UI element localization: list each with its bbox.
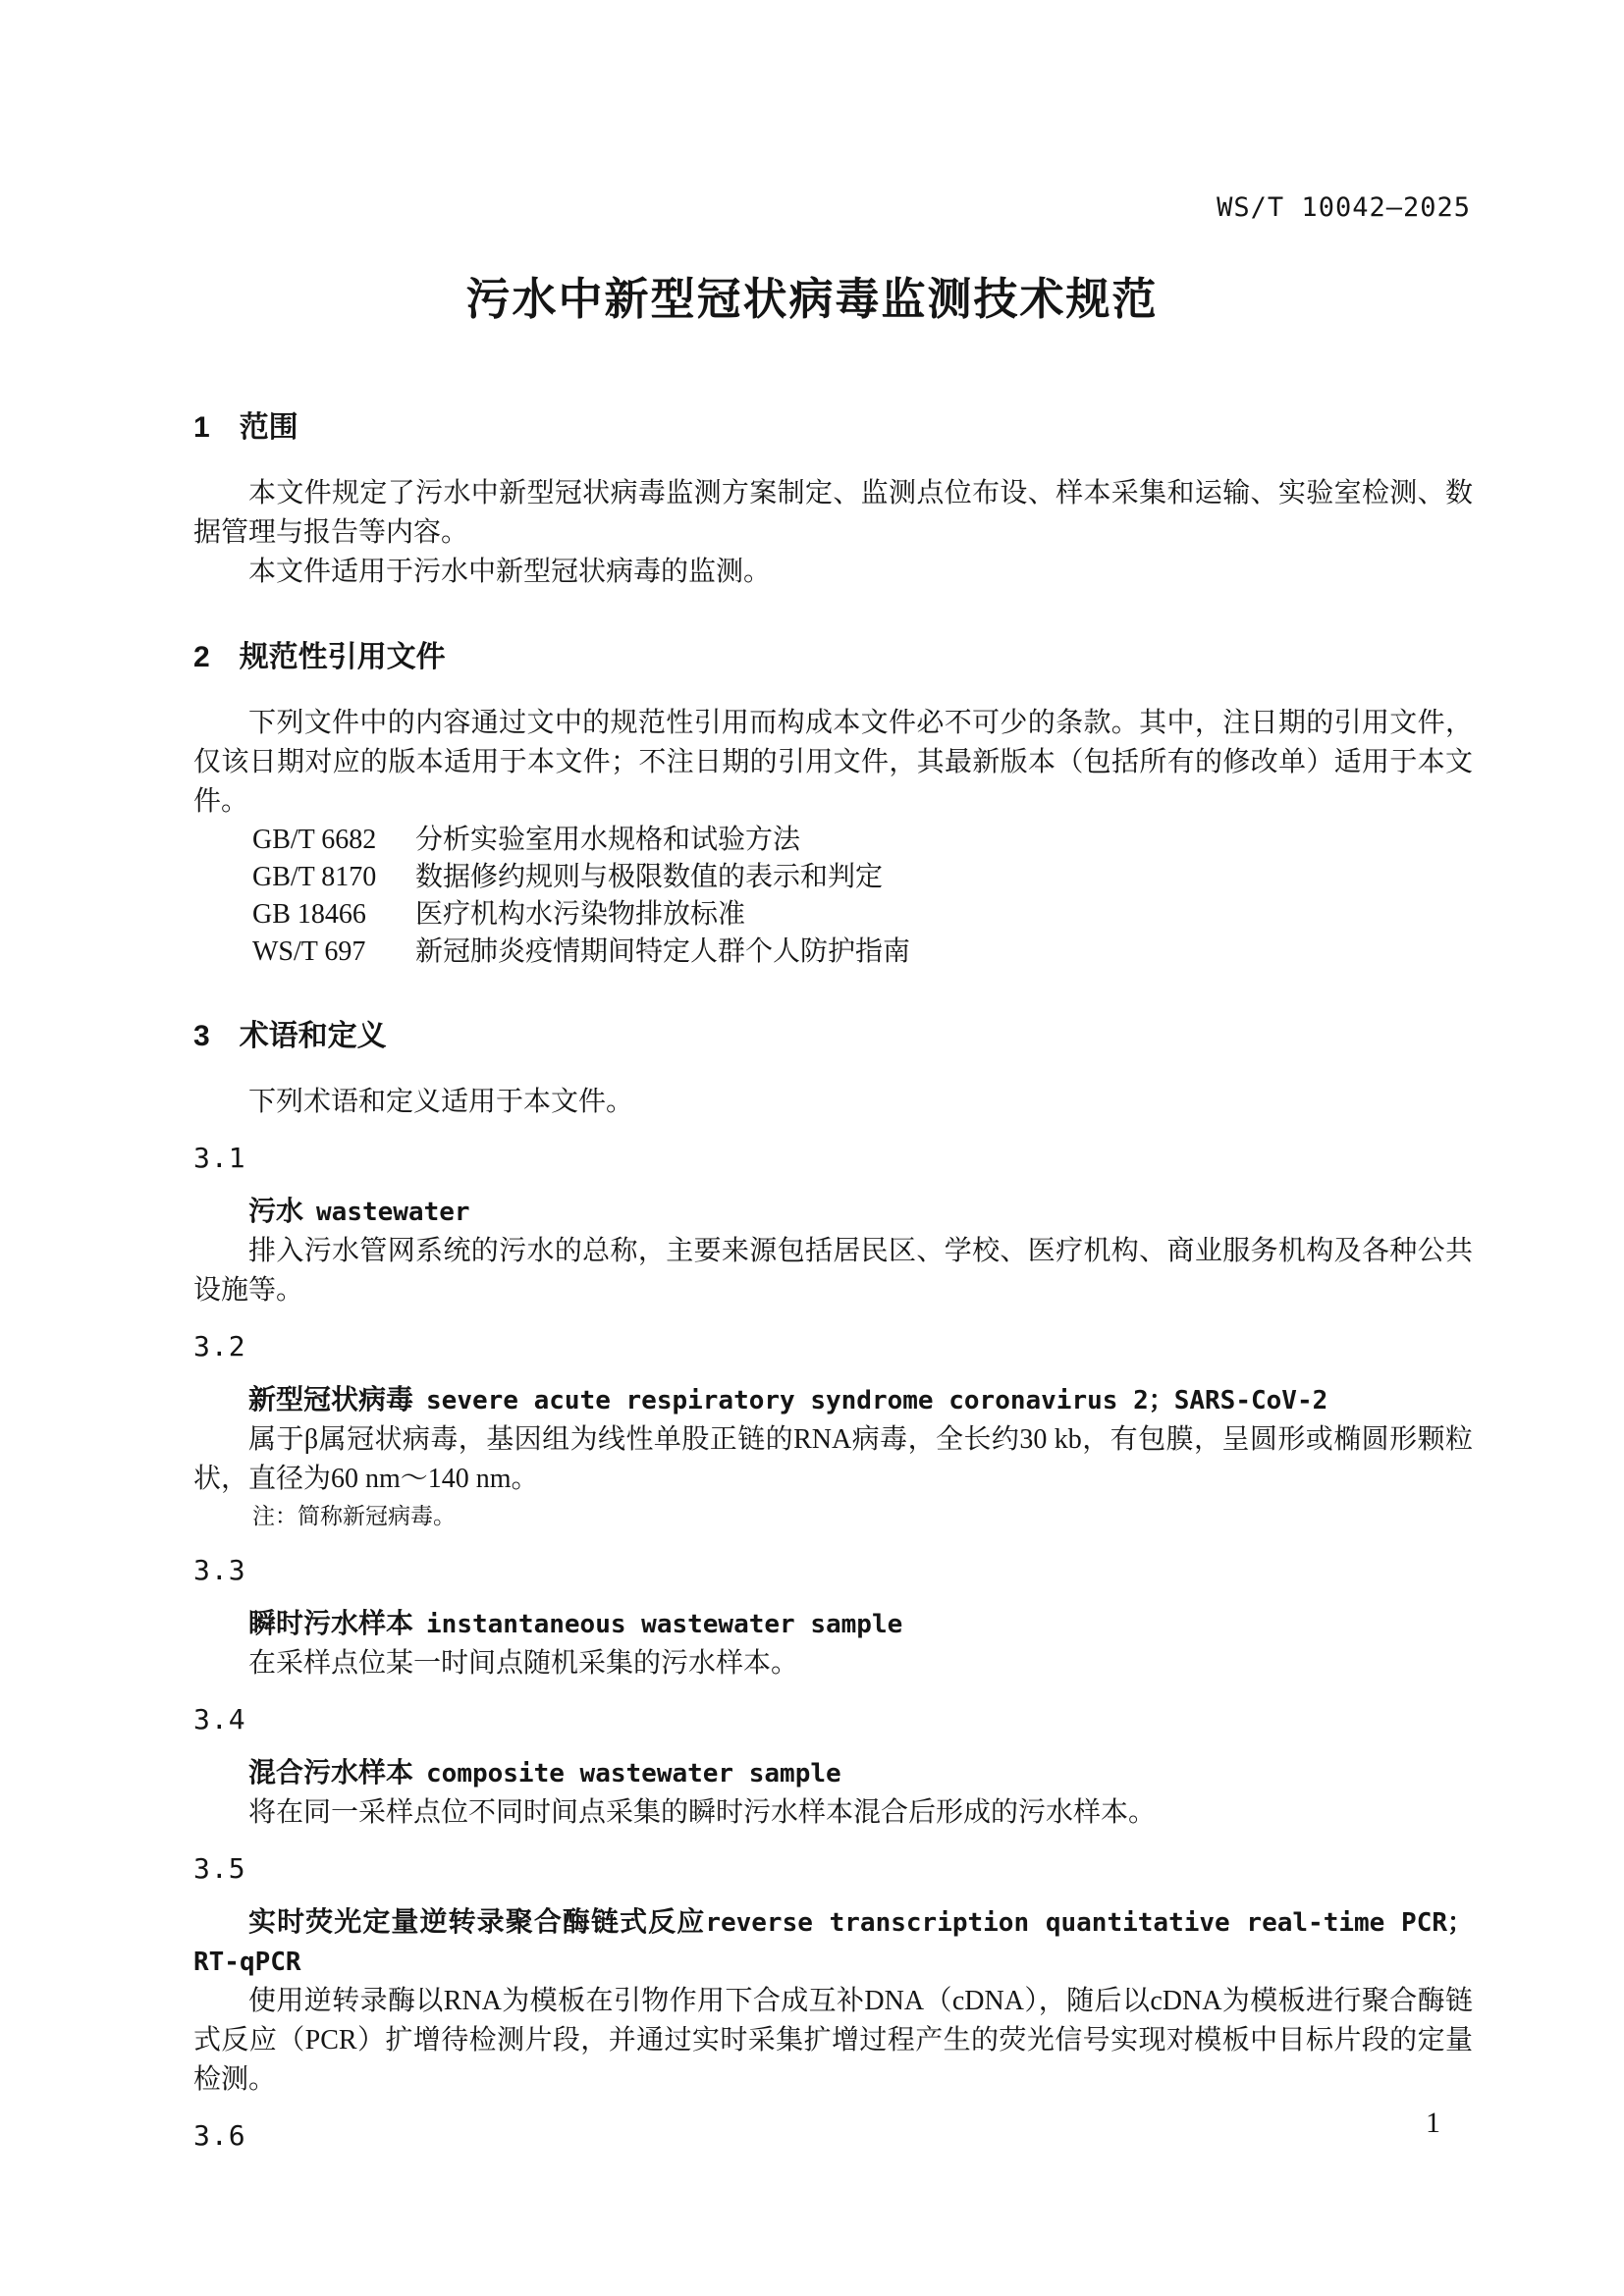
section-1-number: 1 [193, 411, 210, 444]
section-3-number: 3 [193, 1020, 210, 1052]
term-3-2: 3.2 新型冠状病毒severe acute respiratory syndr… [193, 1330, 1473, 1534]
term-3-6: 3.6 [193, 2119, 1473, 2152]
document-page: WS/T 10042—2025 污水中新型冠状病毒监测技术规范 1范围 本文件规… [0, 0, 1624, 2296]
section-2-paragraph: 下列文件中的内容通过文中的规范性引用而构成本文件必不可少的条款。其中，注日期的引… [193, 704, 1473, 822]
section-1-paragraph: 本文件规定了污水中新型冠状病毒监测方案制定、监测点位布设、样本采集和运输、实验室… [193, 474, 1473, 553]
doc-number: WS/T 10042—2025 [1217, 192, 1471, 223]
reference-title: 新冠肺炎疫情期间特定人群个人防护指南 [415, 936, 910, 967]
section-1-heading: 1范围 [193, 411, 1473, 445]
term-3-3: 3.3 瞬时污水样本instantaneous wastewater sampl… [193, 1554, 1473, 1683]
term-zh: 混合污水样本 [248, 1757, 413, 1788]
reference-item: GB/T 6682分析实验室用水规格和试验方法 [193, 822, 1473, 859]
section-1-paragraph: 本文件适用于污水中新型冠状病毒的监测。 [193, 553, 1473, 592]
term-en: composite wastewater sample [426, 1759, 841, 1789]
page-number: 1 [1426, 2107, 1440, 2140]
term-heading: 新型冠状病毒severe acute respiratory syndrome … [193, 1380, 1473, 1420]
reference-list: GB/T 6682分析实验室用水规格和试验方法 GB/T 8170数据修约规则与… [193, 822, 1473, 971]
reference-code: WS/T 697 [252, 934, 415, 971]
term-definition: 属于β属冠状病毒，基因组为线性单股正链的RNA病毒，全长约30 kb，有包膜，呈… [193, 1420, 1473, 1499]
section-2-heading: 2规范性引用文件 [193, 641, 1473, 674]
term-definition: 使用逆转录酶以RNA为模板在引物作用下合成互补DNA（cDNA），随后以cDNA… [193, 1982, 1473, 2100]
reference-item: WS/T 697新冠肺炎疫情期间特定人群个人防护指南 [193, 934, 1473, 971]
reference-code: GB 18466 [252, 896, 415, 934]
document-title: 污水中新型冠状病毒监测技术规范 [0, 0, 1624, 327]
term-zh: 瞬时污水样本 [248, 1608, 413, 1638]
section-1-title: 范围 [240, 411, 298, 444]
term-heading: 混合污水样本composite wastewater sample [193, 1753, 1473, 1793]
term-zh: 新型冠状病毒 [248, 1384, 413, 1415]
term-zh: 实时荧光定量逆转录聚合酶链式反应 [248, 1906, 705, 1937]
term-number: 3.2 [193, 1330, 1473, 1362]
reference-item: GB 18466医疗机构水污染物排放标准 [193, 896, 1473, 934]
reference-title: 医疗机构水污染物排放标准 [415, 899, 745, 930]
term-heading: 实时荧光定量逆转录聚合酶链式反应reverse transcription qu… [193, 1902, 1473, 1982]
term-3-5: 3.5 实时荧光定量逆转录聚合酶链式反应reverse transcriptio… [193, 1852, 1473, 2100]
term-definition: 将在同一采样点位不同时间点采集的瞬时污水样本混合后形成的污水样本。 [193, 1793, 1473, 1833]
term-note: 注：简称新冠病毒。 [193, 1499, 1473, 1534]
reference-code: GB/T 8170 [252, 859, 415, 896]
term-en: severe acute respiratory syndrome corona… [426, 1386, 1327, 1415]
term-en: wastewater [316, 1198, 470, 1227]
term-zh: 污水 [248, 1196, 303, 1226]
section-3-title: 术语和定义 [240, 1020, 387, 1052]
term-3-1: 3.1 污水wastewater 排入污水管网系统的污水的总称，主要来源包括居民… [193, 1142, 1473, 1310]
reference-item: GB/T 8170数据修约规则与极限数值的表示和判定 [193, 859, 1473, 896]
term-number: 3.6 [193, 2119, 1473, 2152]
section-2-title: 规范性引用文件 [240, 641, 446, 673]
term-3-4: 3.4 混合污水样本composite wastewater sample 将在… [193, 1703, 1473, 1833]
reference-title: 分析实验室用水规格和试验方法 [415, 825, 800, 855]
term-number: 3.5 [193, 1852, 1473, 1885]
section-3-heading: 3术语和定义 [193, 1020, 1473, 1053]
term-en: instantaneous wastewater sample [426, 1610, 902, 1639]
term-heading: 瞬时污水样本instantaneous wastewater sample [193, 1604, 1473, 1644]
term-heading: 污水wastewater [193, 1192, 1473, 1232]
term-definition: 排入污水管网系统的污水的总称，主要来源包括居民区、学校、医疗机构、商业服务机构及… [193, 1232, 1473, 1310]
reference-code: GB/T 6682 [252, 822, 415, 859]
section-3-paragraph: 下列术语和定义适用于本文件。 [193, 1083, 1473, 1122]
document-body: 1范围 本文件规定了污水中新型冠状病毒监测方案制定、监测点位布设、样本采集和运输… [0, 411, 1624, 2152]
reference-title: 数据修约规则与极限数值的表示和判定 [415, 862, 883, 892]
term-number: 3.1 [193, 1142, 1473, 1174]
term-number: 3.4 [193, 1703, 1473, 1735]
term-number: 3.3 [193, 1554, 1473, 1586]
term-definition: 在采样点位某一时间点随机采集的污水样本。 [193, 1644, 1473, 1683]
section-2-number: 2 [193, 641, 210, 673]
